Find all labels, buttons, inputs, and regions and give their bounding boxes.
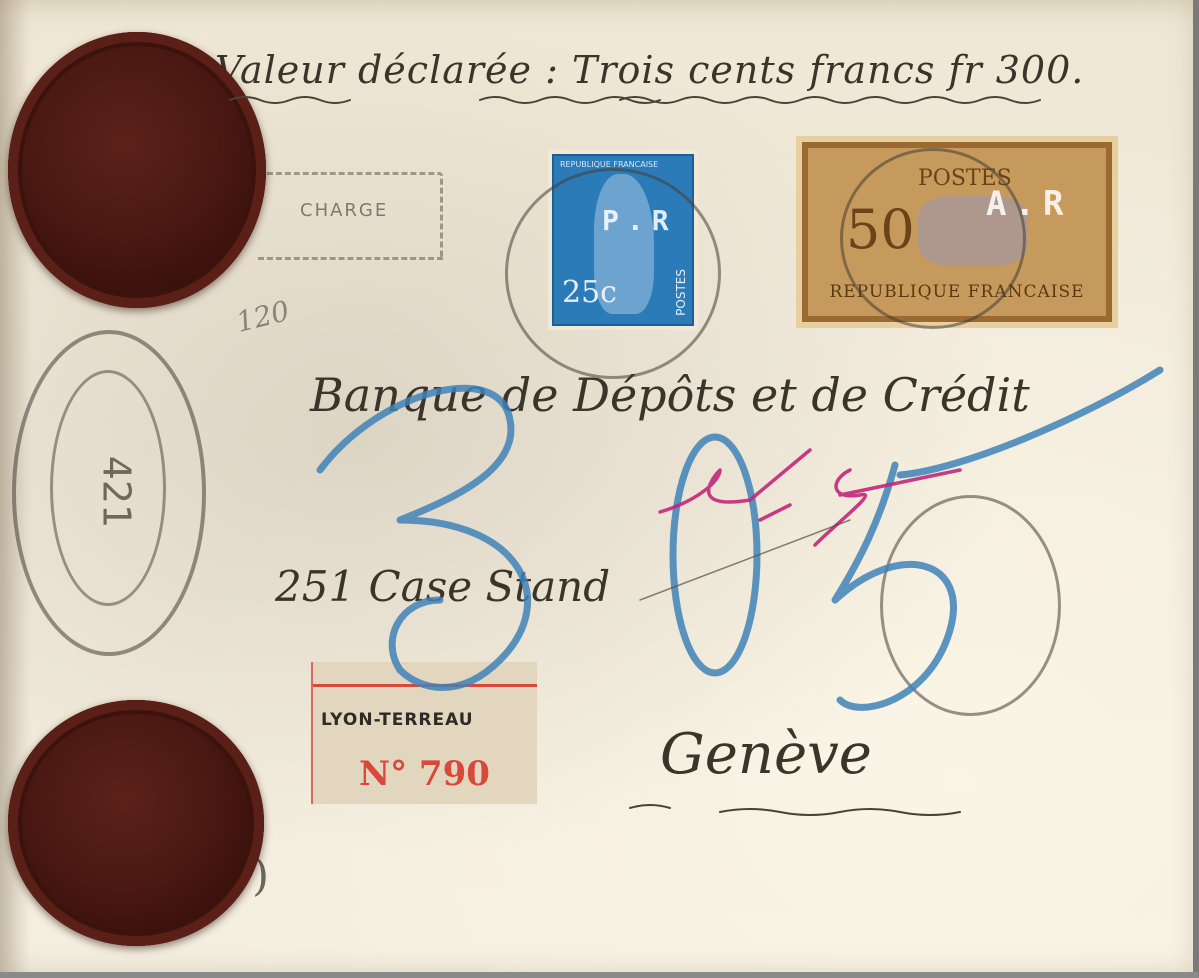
pen-line bbox=[640, 520, 850, 600]
addressee-city: Genève bbox=[660, 722, 872, 787]
addressee-line-1: Banque de Dépôts et de Crédit bbox=[310, 368, 1030, 422]
registration-red-line bbox=[313, 684, 537, 687]
rectangular-postmark-text: CHARGE bbox=[300, 200, 388, 221]
wax-seal-bottom bbox=[8, 700, 264, 946]
envelope-bottom-edge bbox=[0, 972, 1199, 978]
city-underline bbox=[630, 805, 960, 815]
envelope: 421 CHARGE Valeur déclarée : Trois cents… bbox=[0, 0, 1199, 978]
round-postmark-blue-stamp bbox=[505, 168, 721, 379]
wax-seal-top bbox=[8, 32, 266, 308]
blue-crayon-0 bbox=[673, 437, 757, 673]
round-postmark-brown-stamp bbox=[840, 148, 1026, 329]
round-postmark-arrival bbox=[880, 495, 1061, 716]
registration-office: LYON-TERREAU bbox=[321, 710, 474, 730]
registration-number: N° 790 bbox=[359, 754, 490, 794]
addressee-line-2: 251 Case Stand bbox=[275, 562, 610, 611]
declared-value-text: Valeur déclarée : Trois cents francs fr … bbox=[215, 48, 1084, 92]
pencil-note: 120 bbox=[233, 294, 293, 339]
envelope-right-edge bbox=[1193, 0, 1199, 978]
declared-underline bbox=[230, 97, 1040, 103]
oval-postmark-number: 421 bbox=[94, 456, 138, 529]
registration-label: LYON-TERREAU N° 790 bbox=[311, 662, 537, 804]
blue-crayon-3 bbox=[320, 388, 528, 687]
